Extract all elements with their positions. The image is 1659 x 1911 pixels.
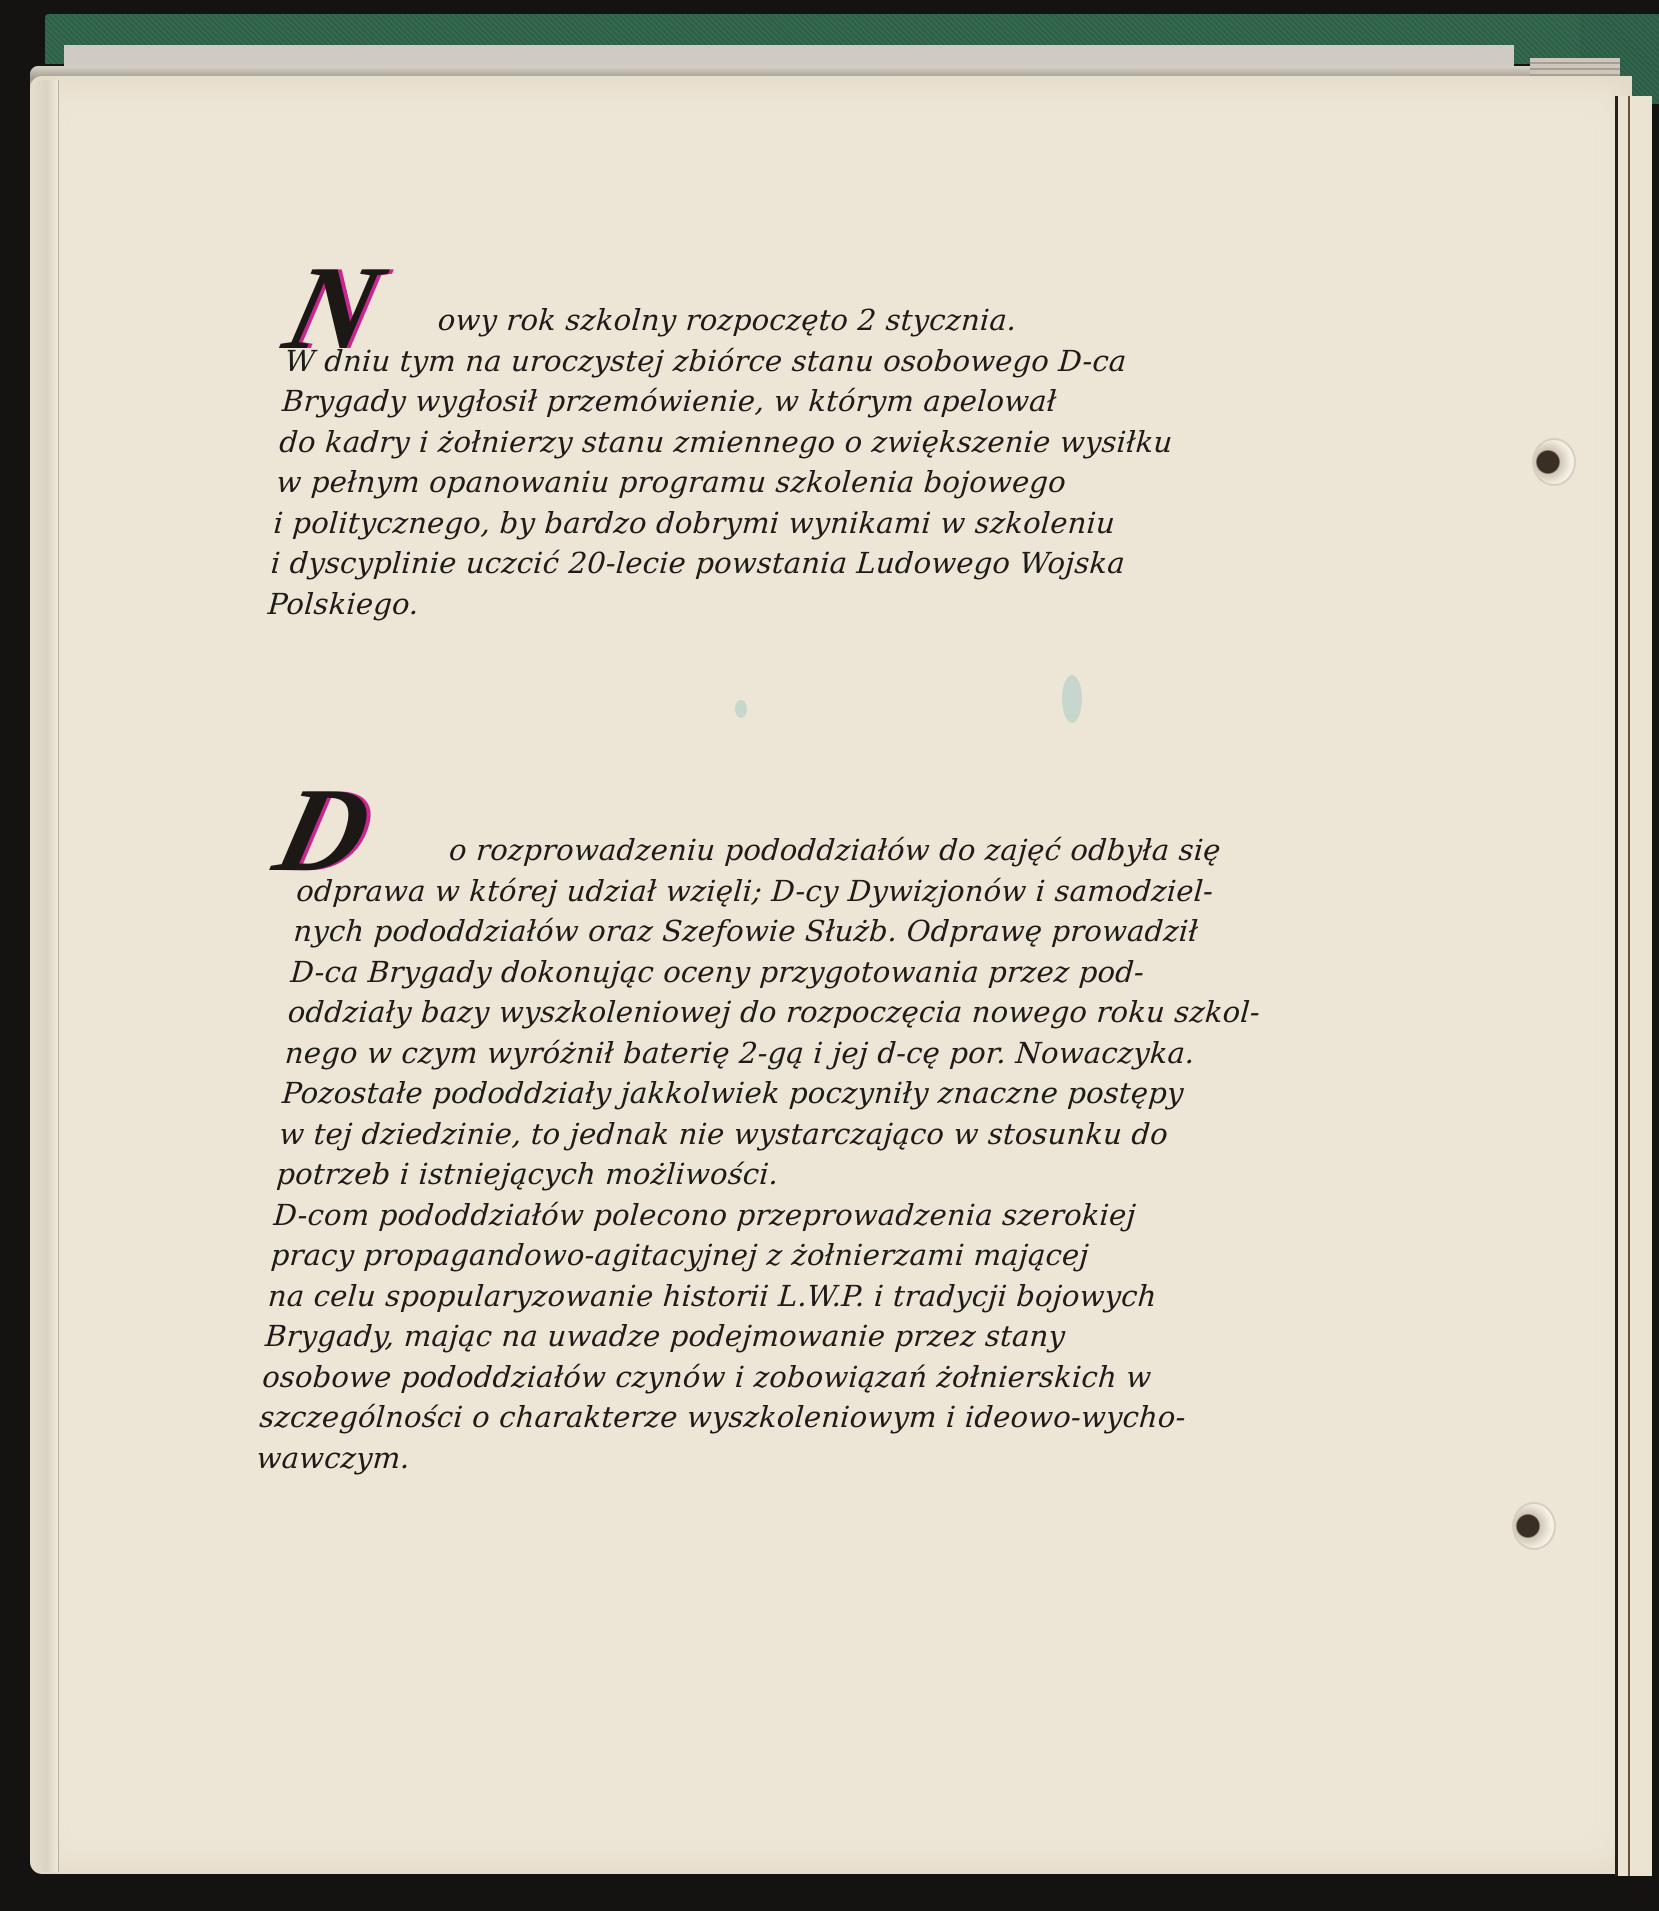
text-line: w tej dziedzinie, to jednak nie wystarcz… [278,1114,1461,1155]
text-line: Pozostałe pododdziały jakkolwiek poczyni… [281,1073,1464,1114]
text-line: nego w czym wyróżnił baterię 2-gą i jej … [284,1033,1467,1074]
text-line: owy rok szkolny rozpoczęto 2 stycznia. [286,300,1469,341]
text-line: D-com pododdziałów polecono przeprowadze… [272,1195,1455,1236]
text-line: o rozprowadzeniu pododdziałów do zajęć o… [298,830,1481,871]
text-line: oddziały bazy wyszkoleniowej do rozpoczę… [286,992,1469,1033]
page-stack-strip [64,45,1514,68]
text-line: potrzeb i istniejących możliwości. [275,1154,1458,1195]
paragraph-1: owy rok szkolny rozpoczęto 2 stycznia. W… [267,300,1470,624]
text-line: Polskiego. [267,584,1450,625]
text-line: D-ca Brygady dokonując oceny przygotowan… [289,952,1472,993]
text-line: do kadry i żołnierzy stanu zmiennego o z… [278,422,1461,463]
ink-stain [1062,675,1082,723]
text-line: wawczym. [255,1438,1438,1479]
binder-hole-icon [1512,1502,1556,1550]
text-line: Brygady wygłosił przemówienie, w którym … [281,381,1464,422]
page-left-edge [30,80,59,1872]
text-line: osobowe pododdziałów czynów i zobowiązań… [261,1357,1444,1398]
text-line: W dniu tym na uroczystej zbiórce stanu o… [284,341,1467,382]
paragraph-2: o rozprowadzeniu pododdziałów do zajęć o… [255,830,1480,1478]
text-line: pracy propagandowo-agitacyjnej z żołnier… [270,1235,1453,1276]
text-line: na celu spopularyzowanie historii L.W.P.… [267,1276,1450,1317]
text-line: nych pododdziałów oraz Szefowie Służb. O… [292,911,1475,952]
text-line: Brygady, mając na uwadze podejmowanie pr… [264,1316,1447,1357]
adjacent-page-edge [1615,96,1652,1876]
binder-hole-icon [1532,438,1576,486]
ink-stain [735,700,747,718]
text-line: i politycznego, by bardzo dobrymi wynika… [272,503,1455,544]
page-fold-line [1628,96,1630,1876]
text-line: i dyscyplinie uczcić 20-lecie powstania … [270,543,1453,584]
text-line: odprawa w której udział wzięli; D-cy Dyw… [295,871,1478,912]
text-line: w pełnym opanowaniu programu szkolenia b… [275,462,1458,503]
text-line: szczególności o charakterze wyszkoleniow… [258,1397,1441,1438]
